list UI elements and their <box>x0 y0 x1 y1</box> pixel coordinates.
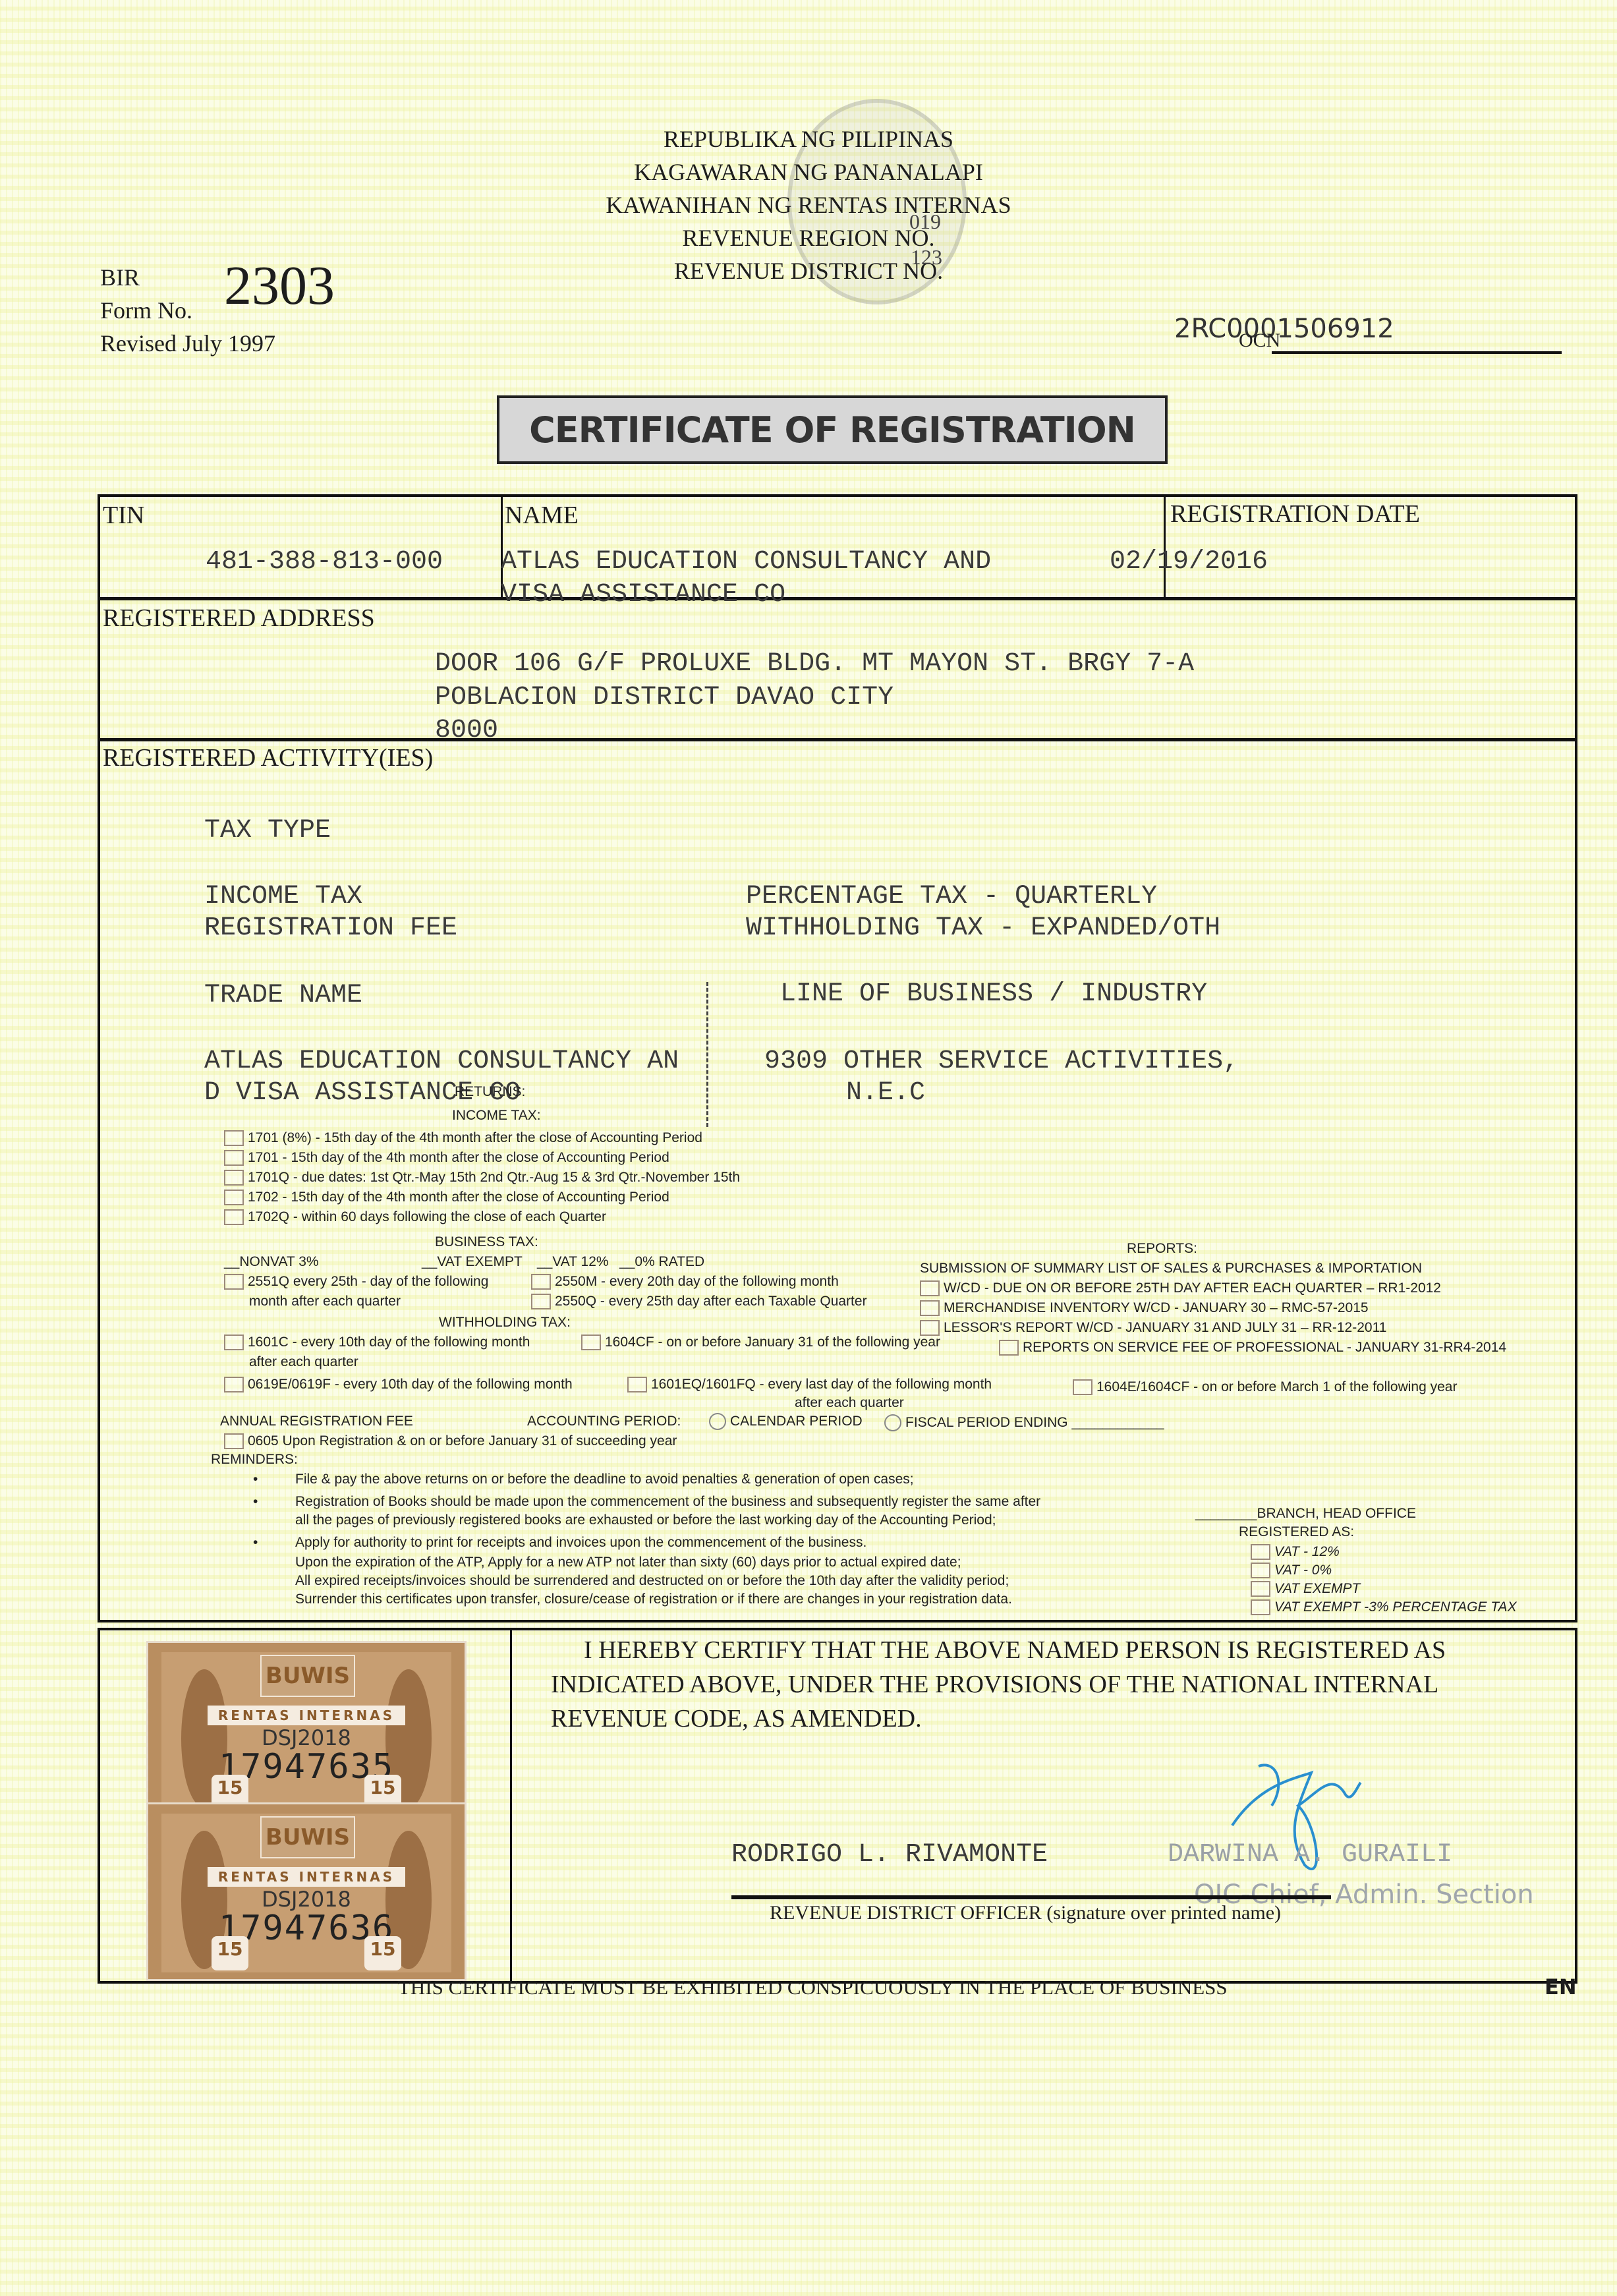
item-text: 1604E/1604CF - on or before March 1 of t… <box>1096 1379 1457 1394</box>
checkbox[interactable] <box>920 1280 940 1296</box>
option-text: VAT EXEMPT <box>437 1254 523 1269</box>
tin-label: TIN <box>103 501 144 530</box>
name-line-2: VISA ASSISTANCE CO <box>501 580 785 610</box>
registered-as-label: REGISTERED AS: <box>1239 1522 1354 1542</box>
stamp-serial: 17947635 <box>148 1747 465 1787</box>
stamp-band: RENTAS INTERNAS <box>208 1706 405 1725</box>
stamp-serial: 17947636 <box>148 1909 465 1948</box>
name-label: NAME <box>505 501 579 530</box>
checkbox[interactable] <box>224 1170 244 1186</box>
item-text: 1601C - every 10th day of the following … <box>248 1335 530 1350</box>
officer-caption: REVENUE DISTRICT OFFICER (signature over… <box>770 1902 1281 1924</box>
signatory-name: DARWINA A. GURAILI <box>1168 1840 1452 1870</box>
divider <box>98 738 1577 741</box>
stamp-value: 15 <box>212 1936 248 1970</box>
report-item[interactable]: W/CD - DUE ON OR BEFORE 25TH DAY AFTER E… <box>920 1278 1441 1298</box>
business-option[interactable]: __VAT EXEMPT <box>422 1252 523 1272</box>
business-option[interactable]: __VAT 12% <box>537 1252 609 1272</box>
reminder-3-cont-2: All expired receipts/invoices should be … <box>295 1571 1009 1591</box>
tax-type-withholding: WITHHOLDING TAX - EXPANDED/OTH <box>746 913 1220 943</box>
registered-as-option[interactable]: VAT - 12% <box>1251 1542 1340 1562</box>
option-text: VAT 12% <box>552 1254 608 1269</box>
signature-line <box>731 1895 1331 1899</box>
item-text: 1601EQ/1601FQ - every last day of the fo… <box>651 1377 992 1392</box>
checkbox[interactable] <box>1251 1563 1270 1578</box>
registered-as-option[interactable]: VAT - 0% <box>1251 1561 1332 1580</box>
item-text: MERCHANDISE INVENTORY W/CD - JANUARY 30 … <box>944 1300 1369 1315</box>
checkbox[interactable] <box>224 1377 244 1392</box>
stamp-value: 15 <box>364 1936 401 1970</box>
item-text: 1702Q - within 60 days following the clo… <box>248 1209 606 1224</box>
bullet: • <box>253 1470 258 1489</box>
form-revised: Revised July 1997 <box>100 330 275 357</box>
divider <box>1164 494 1166 598</box>
activity-divider <box>706 982 708 1127</box>
line-of-business-2: N.E.C <box>846 1078 925 1108</box>
form-no-label: Form No. <box>100 297 192 324</box>
reminder-3-cont-1: Upon the expiration of the ATP, Apply fo… <box>295 1553 961 1572</box>
checkbox[interactable] <box>224 1335 244 1350</box>
checkbox[interactable] <box>531 1274 551 1290</box>
item-text: 1702 - 15th day of the 4th month after t… <box>248 1190 669 1205</box>
checkbox[interactable] <box>920 1320 940 1336</box>
divider <box>510 1628 512 1984</box>
line-of-business-label: LINE OF BUSINESS / INDUSTRY <box>780 979 1207 1009</box>
wt-1604e[interactable]: 1604E/1604CF - on or before March 1 of t… <box>1073 1377 1457 1397</box>
item-text: 0619E/0619F - every 10th day of the foll… <box>248 1377 573 1392</box>
ocn-value: 2RC0001506912 <box>1174 314 1394 344</box>
checkbox[interactable] <box>224 1150 244 1166</box>
reports-label: REPORTS: <box>1127 1239 1197 1259</box>
item-text: 2550M - every 20th day of the following … <box>555 1274 839 1289</box>
income-tax-item[interactable]: 1702 - 15th day of the 4th month after t… <box>224 1188 669 1207</box>
option-text: VAT EXEMPT -3% PERCENTAGE TAX <box>1274 1599 1517 1615</box>
line-of-business-1: 9309 OTHER SERVICE ACTIVITIES, <box>764 1047 1239 1076</box>
tax-type-registration: REGISTRATION FEE <box>204 913 457 943</box>
checkbox[interactable] <box>224 1274 244 1290</box>
checkbox[interactable] <box>224 1209 244 1225</box>
signature-icon <box>1219 1746 1364 1891</box>
checkbox[interactable] <box>1073 1379 1092 1395</box>
region-number: 019 <box>909 210 941 234</box>
footer-notice: THIS CERTIFICATE MUST BE EXHIBITED CONSP… <box>398 1976 1228 1999</box>
checkbox[interactable] <box>224 1433 244 1449</box>
radio[interactable] <box>709 1413 726 1430</box>
item-text: REPORTS ON SERVICE FEE OF PROFESSIONAL -… <box>1023 1340 1506 1355</box>
income-tax-item[interactable]: 1702Q - within 60 days following the clo… <box>224 1207 606 1227</box>
accounting-period-label: ACCOUNTING PERIOD: <box>527 1412 681 1431</box>
business-2550q[interactable]: 2550Q - every 25th day after each Taxabl… <box>531 1292 867 1311</box>
item-text: 2550Q - every 25th day after each Taxabl… <box>555 1294 867 1309</box>
checkbox[interactable] <box>531 1294 551 1309</box>
address-line-1: DOOR 106 G/F PROLUXE BLDG. MT MAYON ST. … <box>435 649 1194 679</box>
checkbox[interactable] <box>627 1377 647 1392</box>
footer-code: EN <box>1545 1974 1577 1999</box>
reminder-2: Registration of Books should be made upo… <box>295 1492 1040 1512</box>
stamp-title: BUWIS <box>260 1655 355 1697</box>
ocn-underline <box>1272 351 1562 354</box>
option-text: 0% RATED <box>635 1254 704 1269</box>
name-line-1: ATLAS EDUCATION CONSULTANCY AND <box>501 547 991 577</box>
wt-1601eq[interactable]: 1601EQ/1601FQ - every last day of the fo… <box>627 1375 992 1394</box>
income-tax-item[interactable]: 1701Q - due dates: 1st Qtr.-May 15th 2nd… <box>224 1168 740 1188</box>
checkbox[interactable] <box>224 1190 244 1205</box>
report-item[interactable]: MERCHANDISE INVENTORY W/CD - JANUARY 30 … <box>920 1298 1369 1318</box>
business-option[interactable]: __NONVAT 3% <box>224 1252 319 1272</box>
officer-name: RODRIGO L. RIVAMONTE <box>731 1840 1048 1870</box>
registration-date-label: REGISTRATION DATE <box>1170 500 1420 529</box>
checkbox[interactable] <box>581 1335 601 1350</box>
withholding-label: WITHHOLDING TAX: <box>439 1313 571 1333</box>
registration-date-value: 02/19/2016 <box>1110 547 1268 577</box>
reminder-1: File & pay the above returns on or befor… <box>295 1470 914 1489</box>
annual-fee-0605[interactable]: 0605 Upon Registration & on or before Ja… <box>224 1431 677 1451</box>
activities-label: REGISTERED ACTIVITY(IES) <box>103 743 433 772</box>
radio[interactable] <box>884 1414 901 1431</box>
form-number: 2303 <box>224 254 335 318</box>
option-text: CALENDAR PERIOD <box>730 1414 863 1429</box>
branch-text: BRANCH, HEAD OFFICE <box>1257 1506 1416 1521</box>
certification-text: I HEREBY CERTIFY THAT THE ABOVE NAMED PE… <box>551 1633 1559 1736</box>
trade-name-label: TRADE NAME <box>204 981 362 1010</box>
wt-1601eq-cont: after each quarter <box>795 1393 904 1413</box>
header-line-1: REPUBLIKA NG PILIPINAS <box>0 125 1617 153</box>
item-text: 2551Q every 25th - day of the following <box>248 1274 488 1289</box>
address-zip: 8000 <box>435 716 498 745</box>
reminder-2-cont: all the pages of previously registered b… <box>295 1510 996 1530</box>
item-text: 1604CF - on or before January 31 of the … <box>605 1335 940 1350</box>
bullet: • <box>253 1533 258 1553</box>
returns-label: RETURNS: <box>455 1082 525 1102</box>
business-tax-label: BUSINESS TAX: <box>435 1232 538 1252</box>
bullet: • <box>253 1492 258 1512</box>
item-text: 0605 Upon Registration & on or before Ja… <box>248 1433 677 1449</box>
checkbox[interactable] <box>1251 1581 1270 1597</box>
documentary-stamp: BUWIS RENTAS INTERNAS DSJ2018 17947635 1… <box>146 1641 467 1820</box>
form-bir-label: BIR <box>100 264 140 291</box>
checkbox[interactable] <box>1251 1599 1270 1615</box>
district-number: 123 <box>911 245 942 270</box>
annual-fee-label: ANNUAL REGISTRATION FEE <box>220 1412 413 1431</box>
checkbox[interactable] <box>224 1130 244 1146</box>
ocn-label: OCN <box>1239 330 1280 352</box>
income-tax-label: INCOME TAX: <box>452 1106 541 1126</box>
branch-head-office[interactable]: ________BRANCH, HEAD OFFICE <box>1195 1504 1416 1524</box>
business-2551q-cont: month after each quarter <box>249 1292 401 1311</box>
wt-1604cf[interactable]: 1604CF - on or before January 31 of the … <box>581 1333 940 1352</box>
address-label: REGISTERED ADDRESS <box>103 604 375 633</box>
report-item[interactable]: REPORTS ON SERVICE FEE OF PROFESSIONAL -… <box>999 1338 1506 1358</box>
item-text: 1701Q - due dates: 1st Qtr.-May 15th 2nd… <box>248 1170 740 1185</box>
item-text: LESSOR'S REPORT W/CD - JANUARY 31 AND JU… <box>944 1320 1386 1335</box>
business-option[interactable]: __0% RATED <box>619 1252 704 1272</box>
option-text: VAT - 12% <box>1274 1544 1340 1559</box>
wt-1601c[interactable]: 1601C - every 10th day of the following … <box>224 1333 530 1352</box>
reports-heading: SUBMISSION OF SUMMARY LIST OF SALES & PU… <box>920 1259 1422 1278</box>
documentary-stamp: BUWIS RENTAS INTERNAS DSJ2018 17947636 1… <box>146 1802 467 1981</box>
reminders-label: REMINDERS: <box>211 1450 298 1470</box>
wt-1601c-cont: after each quarter <box>249 1352 358 1372</box>
tax-type-label: TAX TYPE <box>204 816 331 846</box>
stamp-band: RENTAS INTERNAS <box>208 1867 405 1887</box>
report-item[interactable]: LESSOR'S REPORT W/CD - JANUARY 31 AND JU… <box>920 1318 1386 1338</box>
option-text: NONVAT 3% <box>239 1254 318 1269</box>
checkbox[interactable] <box>999 1340 1019 1356</box>
checkbox[interactable] <box>1251 1544 1270 1560</box>
item-text: 1701 (8%) - 15th day of the 4th month af… <box>248 1130 702 1145</box>
option-text: FISCAL PERIOD ENDING <box>905 1415 1068 1430</box>
header-line-3: KAWANIHAN NG RENTAS INTERNAS <box>0 191 1617 219</box>
calendar-period-option[interactable]: CALENDAR PERIOD <box>709 1412 863 1431</box>
income-tax-item[interactable]: 1701 (8%) - 15th day of the 4th month af… <box>224 1128 702 1148</box>
tin-value: 481-388-813-000 <box>206 547 443 577</box>
registered-as-option[interactable]: VAT EXEMPT <box>1251 1579 1360 1599</box>
tax-type-percentage: PERCENTAGE TAX - QUARTERLY <box>746 882 1157 911</box>
reminder-3: Apply for authority to print for receipt… <box>295 1533 866 1553</box>
item-text: 1701 - 15th day of the 4th month after t… <box>248 1150 669 1165</box>
wt-0619[interactable]: 0619E/0619F - every 10th day of the foll… <box>224 1375 573 1394</box>
trade-name-line-1: ATLAS EDUCATION CONSULTANCY AN <box>204 1047 679 1076</box>
item-text: W/CD - DUE ON OR BEFORE 25TH DAY AFTER E… <box>944 1280 1441 1296</box>
business-2550m[interactable]: 2550M - every 20th day of the following … <box>531 1272 839 1292</box>
header-line-2: KAGAWARAN NG PANANALAPI <box>0 158 1617 186</box>
header-line-4: REVENUE REGION NO. <box>0 224 1617 252</box>
business-2551q[interactable]: 2551Q every 25th - day of the following <box>224 1272 488 1292</box>
income-tax-item[interactable]: 1701 - 15th day of the 4th month after t… <box>224 1148 669 1168</box>
divider <box>98 597 1577 600</box>
tax-type-income: INCOME TAX <box>204 882 362 911</box>
registered-as-option[interactable]: VAT EXEMPT -3% PERCENTAGE TAX <box>1251 1597 1517 1617</box>
fiscal-period-option[interactable]: FISCAL PERIOD ENDING ____________ <box>884 1413 1164 1433</box>
option-text: VAT - 0% <box>1274 1563 1332 1578</box>
certificate-title: CERTIFICATE OF REGISTRATION <box>497 395 1168 464</box>
option-text: VAT EXEMPT <box>1274 1581 1360 1596</box>
address-line-2: POBLACION DISTRICT DAVAO CITY <box>435 683 894 712</box>
stamp-title: BUWIS <box>260 1816 355 1858</box>
checkbox[interactable] <box>920 1300 940 1316</box>
reminder-3-cont-3: Surrender this certificates upon transfe… <box>295 1590 1012 1609</box>
